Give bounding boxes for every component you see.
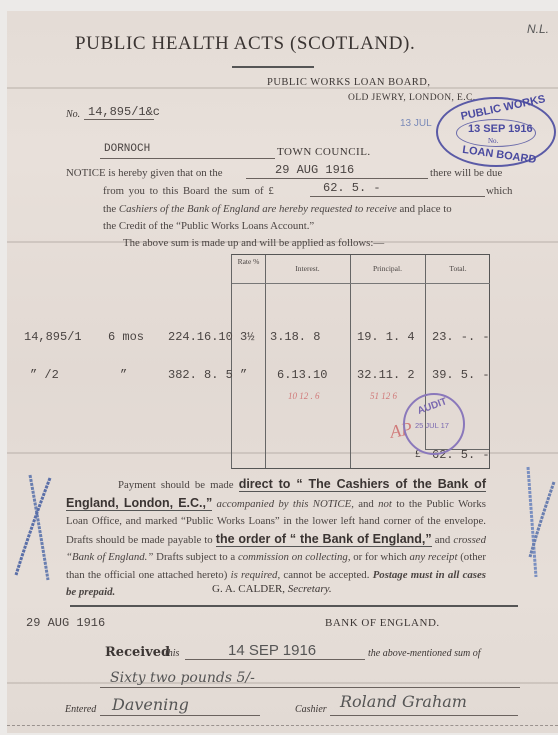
received-label: Received [105, 645, 170, 660]
header-principal: Principal. [350, 264, 425, 273]
header-total: Total. [425, 264, 491, 273]
red-annotation-interest: 10 12 . 6 [288, 391, 320, 401]
public-works-loan-board-stamp: PUBLIC WORKS 13 SEP 1916 No. LOAN BOARD [436, 97, 556, 167]
row1-interest: 3.18. 8 [270, 330, 320, 344]
cashier-signature: Roland Graham [340, 692, 467, 711]
corner-annotation: N.L. [527, 22, 549, 36]
row2-balance: 382. 8. 5 [168, 368, 233, 382]
row2-loan: ” /2 [30, 368, 59, 382]
signatory: G. A. CALDER, Secretary. [212, 583, 332, 595]
blue-cross-mark-right [520, 462, 558, 587]
number-label: No. [66, 109, 80, 120]
signatory-name: G. A. CALDER, [212, 583, 285, 595]
entered-label: Entered [65, 704, 96, 715]
row1-principal: 19. 1. 4 [357, 330, 415, 344]
row2-principal: 32.11. 2 [357, 368, 415, 382]
row1-rate: 3½ [240, 330, 254, 344]
council-label: TOWN COUNCIL. [277, 146, 371, 158]
document-title: PUBLIC HEALTH ACTS (SCOTLAND). [75, 33, 415, 55]
loan-number: 14,895/1&c [88, 105, 160, 119]
audit-stamp: AUDIT 25 JUL 17 [403, 393, 465, 455]
row1-total: 23. -. - [432, 330, 490, 344]
received-date: 14 SEP 1916 [228, 642, 316, 659]
row1-term: 6 mos [108, 330, 144, 344]
section-divider [70, 605, 518, 607]
row2-total: 39. 5. - [432, 368, 490, 382]
council-underline [100, 158, 275, 159]
header-rate: Rate % [232, 258, 265, 266]
due-date: 29 AUG 1916 [275, 163, 354, 177]
council-name: DORNOCH [104, 143, 150, 155]
blue-cross-mark-left [10, 470, 55, 585]
signatory-title: Secretary. [288, 583, 332, 595]
bank-label: BANK OF ENGLAND. [325, 617, 440, 629]
number-underline [84, 119, 154, 120]
title-divider [232, 66, 314, 68]
perforation-edge [7, 725, 558, 726]
sum-due: 62. 5. - [323, 181, 381, 195]
row2-rate: ” [240, 368, 247, 382]
board-name: PUBLIC WORKS LOAN BOARD, [267, 77, 431, 88]
row1-balance: 224.16.10 [168, 330, 233, 344]
fold-line [7, 682, 558, 684]
stamp-date: 13 SEP 1916 [468, 123, 533, 135]
header-interest: Interest. [265, 264, 350, 273]
row2-term: ” [120, 368, 127, 382]
cashier-label: Cashier [295, 704, 327, 715]
amount-in-words: Sixty two pounds 5/- [110, 670, 255, 686]
red-annotation-principal: 51 12 6 [370, 391, 397, 401]
received-stamp-partial: 13 JUL [400, 118, 432, 129]
row2-interest: 6.13.10 [277, 368, 327, 382]
entered-signature: Davening [112, 695, 189, 714]
receipt-date: 29 AUG 1916 [26, 616, 105, 630]
board-address: OLD JEWRY, LONDON, E.C. [348, 93, 476, 103]
row1-loan: 14,895/1 [24, 330, 82, 344]
